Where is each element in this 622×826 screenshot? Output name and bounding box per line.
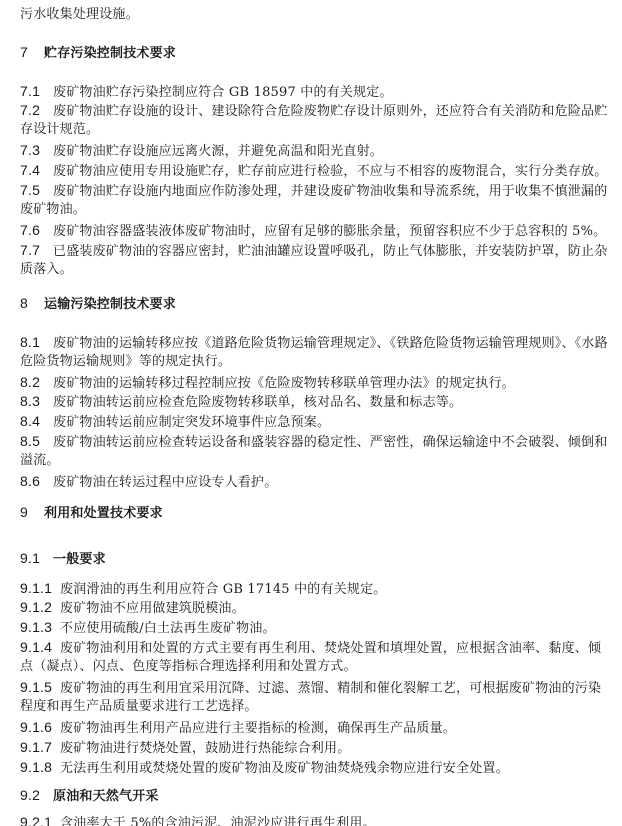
clause-text: 废矿物油应使用专用设施贮存，贮存前应进行检验，不应与不相容的废物混合，实行分类存…	[53, 164, 607, 179]
clause-number: 7.3	[20, 141, 53, 159]
clause-number: 7.5	[20, 181, 53, 199]
clause-text: 废矿物油的运输转移过程控制应按《危险废物转移联单管理办法》的规定执行。	[53, 376, 515, 391]
clause-continuation: 存设计规范。	[20, 121, 608, 139]
clause-continuation: 污水收集处理设施。	[20, 6, 608, 24]
clause-text: 废矿物油的运输转移应按《道路危险货物运输管理规定》、《铁路危险货物运输管理规则》…	[53, 336, 608, 351]
clause-text: 废矿物油转运前应检查危险废物转移联单，核对品名、数量和标志等。	[53, 395, 462, 410]
clause-number: 9.1.3	[20, 618, 60, 636]
clause-item: 8.6废矿物油在转运过程中应设专人看护。	[20, 472, 608, 492]
clause-text: 危险货物运输规则》等的规定执行。	[20, 354, 231, 369]
clause-item: 9.1.7废矿物油进行焚烧处置，鼓励进行热能综合利用。	[20, 738, 608, 758]
subsection-heading: 9.2原油和天然气开采	[20, 786, 608, 806]
clause-item: 7.1废矿物油贮存污染控制应符合 GB 18597 中的有关规定。	[20, 82, 608, 102]
clause-number: 9.1.7	[20, 738, 60, 756]
clause-number: 9.1.8	[20, 758, 60, 776]
clause-number: 7.7	[20, 241, 53, 259]
clause-item: 7.5废矿物油贮存设施内地面应作防渗处理，并建设废矿物油收集和导流系统，用于收集…	[20, 181, 608, 201]
clause-text: 点（凝点）、闪点、色度等指标合理选择利用和处置方式。	[20, 659, 357, 674]
clause-number: 7.2	[20, 101, 53, 119]
clause-text: 废矿物油贮存设施应远离火源，并避免高温和阳光直射。	[53, 144, 383, 159]
clause-number: 9	[20, 503, 44, 521]
clause-number: 8.4	[20, 412, 53, 430]
clause-text: 废矿物油容器盛装液体废矿物油时，应留有足够的膨胀余量，预留容积应不少于总容积的 …	[53, 224, 606, 239]
clause-number: 9.1	[20, 549, 53, 567]
clause-text: 利用和处置技术要求	[44, 506, 163, 521]
clause-item: 7.7已盛装废矿物油的容器应密封，贮油油罐应设置呼吸孔，防止气体膨胀，并安装防护…	[20, 241, 608, 261]
clause-item: 8.3废矿物油转运前应检查危险废物转移联单，核对品名、数量和标志等。	[20, 392, 608, 412]
clause-continuation: 废矿物油。	[20, 201, 608, 219]
clause-text: 废矿物油。	[20, 202, 86, 217]
clause-continuation: 溢流。	[20, 452, 608, 470]
clause-number: 7.4	[20, 161, 53, 179]
clause-text: 废矿物油再生利用产品应进行主要指标的检测，确保再生产品质量。	[60, 721, 456, 736]
clause-number: 9.1.2	[20, 598, 60, 616]
clause-text: 贮存污染控制技术要求	[44, 46, 176, 61]
clause-continuation: 危险货物运输规则》等的规定执行。	[20, 353, 608, 371]
clause-item: 8.5废矿物油转运前应检查转运设备和盛装容器的稳定性、严密性，确保运输途中不会破…	[20, 432, 608, 452]
clause-item: 7.2废矿物油贮存设施的设计、建设除符合危险废物贮存设计原则外，还应符合有关消防…	[20, 101, 608, 121]
clause-number: 8.3	[20, 392, 53, 410]
section-heading: 8运输污染控制技术要求	[20, 294, 608, 314]
clause-text: 废润滑油的再生利用应符合 GB 17145 中的有关规定。	[60, 582, 387, 597]
clause-text: 含油率大于 5%的含油污泥、油泥沙应进行再生利用。	[60, 816, 376, 826]
clause-continuation: 质落入。	[20, 261, 608, 279]
clause-text: 一般要求	[53, 552, 106, 567]
clause-number: 7	[20, 43, 44, 61]
clause-text: 存设计规范。	[20, 122, 99, 137]
clause-text: 污水收集处理设施。	[20, 7, 139, 22]
clause-text: 运输污染控制技术要求	[44, 297, 176, 312]
clause-text: 废矿物油不应用做建筑脱模油。	[60, 601, 245, 616]
clause-number: 9.1.1	[20, 579, 60, 597]
clause-text: 废矿物油在转运过程中应设专人看护。	[53, 475, 277, 490]
clause-text: 溢流。	[20, 453, 60, 468]
clause-text: 废矿物油转运前应检查转运设备和盛装容器的稳定性、严密性，确保运输途中不会破裂、倾…	[53, 435, 607, 450]
clause-item: 9.1.8无法再生利用或焚烧处置的废矿物油及废矿物油焚烧残余物应进行安全处置。	[20, 758, 608, 778]
clause-number: 8.2	[20, 373, 53, 391]
clause-item: 9.1.5废矿物油的再生利用宜采用沉降、过滤、蒸馏、精制和催化裂解工艺，可根据废…	[20, 678, 608, 698]
clause-text: 不应使用硫酸/白土法再生废矿物油。	[60, 621, 276, 636]
section-heading: 7贮存污染控制技术要求	[20, 43, 608, 63]
clause-number: 8.6	[20, 472, 53, 490]
clause-item: 8.1废矿物油的运输转移应按《道路危险货物运输管理规定》、《铁路危险货物运输管理…	[20, 333, 608, 353]
clause-text: 质落入。	[20, 262, 73, 277]
clause-text: 已盛装废矿物油的容器应密封，贮油油罐应设置呼吸孔，防止气体膨胀，并安装防护罩，防…	[53, 244, 607, 259]
clause-text: 程度和再生产品质量要求进行工艺选择。	[20, 699, 258, 714]
clause-number: 8.1	[20, 333, 53, 351]
clause-number: 9.1.5	[20, 678, 60, 696]
clause-item: 9.1.1废润滑油的再生利用应符合 GB 17145 中的有关规定。	[20, 579, 608, 599]
clause-text: 废矿物油转运前应制定突发环境事件应急预案。	[53, 415, 330, 430]
clause-number: 8.5	[20, 432, 53, 450]
clause-item: 9.1.2废矿物油不应用做建筑脱模油。	[20, 598, 608, 618]
section-heading: 9利用和处置技术要求	[20, 503, 608, 523]
clause-number: 9.2.1	[20, 813, 60, 826]
clause-text: 废矿物油的再生利用宜采用沉降、过滤、蒸馏、精制和催化裂解工艺，可根据废矿物油的污…	[60, 681, 601, 696]
clause-text: 原油和天然气开采	[53, 789, 159, 804]
clause-text: 废矿物油贮存设施内地面应作防渗处理，并建设废矿物油收集和导流系统，用于收集不慎泄…	[53, 184, 607, 199]
clause-text: 废矿物油进行焚烧处置，鼓励进行热能综合利用。	[60, 741, 350, 756]
clause-number: 9.1.6	[20, 718, 60, 736]
clause-text: 废矿物油贮存污染控制应符合 GB 18597 中的有关规定。	[53, 85, 393, 100]
clause-text: 无法再生利用或焚烧处置的废矿物油及废矿物油焚烧残余物应进行安全处置。	[60, 761, 509, 776]
clause-text: 废矿物油贮存设施的设计、建设除符合危险废物贮存设计原则外，还应符合有关消防和危险…	[53, 104, 607, 119]
clause-item: 9.1.3不应使用硫酸/白土法再生废矿物油。	[20, 618, 608, 638]
clause-continuation: 点（凝点）、闪点、色度等指标合理选择利用和处置方式。	[20, 658, 608, 676]
clause-number: 9.2	[20, 786, 53, 804]
clause-item: 7.4废矿物油应使用专用设施贮存，贮存前应进行检验，不应与不相容的废物混合，实行…	[20, 161, 608, 181]
clause-item: 9.2.1含油率大于 5%的含油污泥、油泥沙应进行再生利用。	[20, 813, 608, 826]
clause-number: 7.6	[20, 221, 53, 239]
clause-item: 7.3废矿物油贮存设施应远离火源，并避免高温和阳光直射。	[20, 141, 608, 161]
clause-item: 9.1.6废矿物油再生利用产品应进行主要指标的检测，确保再生产品质量。	[20, 718, 608, 738]
clause-continuation: 程度和再生产品质量要求进行工艺选择。	[20, 698, 608, 716]
clause-item: 9.1.4废矿物油利用和处置的方式主要有再生利用、焚烧处置和填埋处置，应根据含油…	[20, 638, 608, 658]
subsection-heading: 9.1一般要求	[20, 549, 608, 569]
clause-text: 废矿物油利用和处置的方式主要有再生利用、焚烧处置和填埋处置，应根据含油率、黏度、…	[60, 641, 601, 656]
clause-number: 9.1.4	[20, 638, 60, 656]
clause-number: 8	[20, 294, 44, 312]
clause-number: 7.1	[20, 82, 53, 100]
clause-item: 8.2废矿物油的运输转移过程控制应按《危险废物转移联单管理办法》的规定执行。	[20, 373, 608, 393]
clause-item: 8.4废矿物油转运前应制定突发环境事件应急预案。	[20, 412, 608, 432]
clause-item: 7.6废矿物油容器盛装液体废矿物油时，应留有足够的膨胀余量，预留容积应不少于总容…	[20, 221, 608, 241]
